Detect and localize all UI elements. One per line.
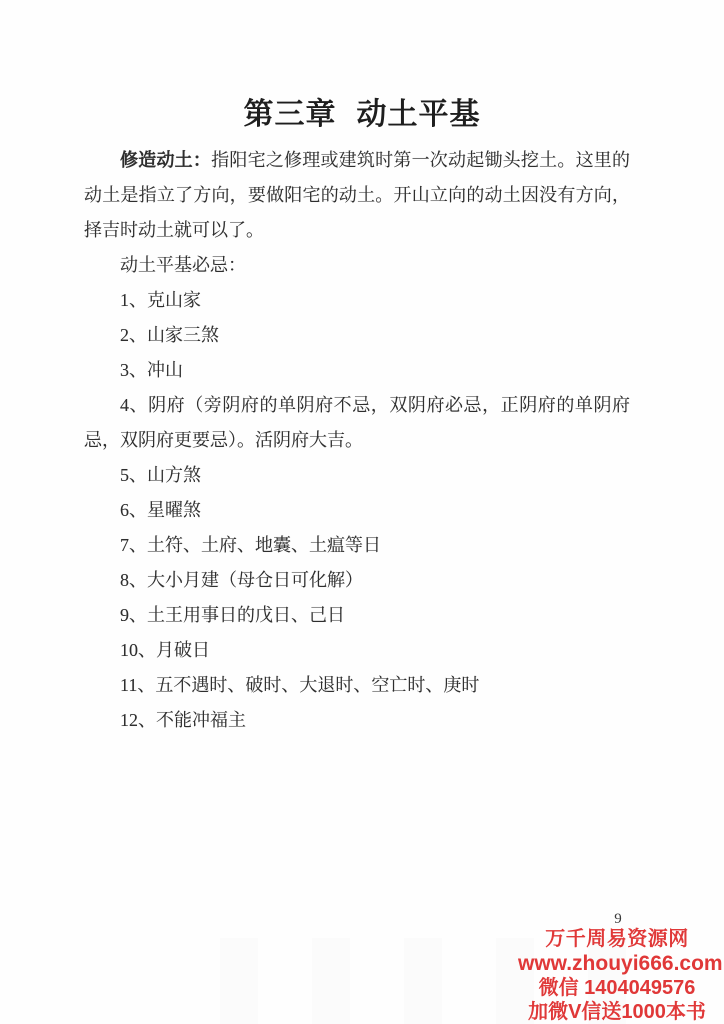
text-run: 4、阴府（旁阴府的单阴府不忌，双阴府必忌，正阴府的单阴府 [120,395,630,415]
text-line: 1、克山家 [84,283,630,318]
chapter-title: 第三章动土平基 [0,96,724,134]
text-line: 动土平基必忌： [84,248,630,283]
text-line: 修造动土：指阳宅之修理或建筑时第一次动起锄头挖土。这里的 [84,143,630,178]
text-line: 10、月破日 [84,633,630,668]
text-run: 9、土王用事日的戊日、己日 [120,605,345,625]
text-run: 1、克山家 [120,290,201,310]
text-run: 动土平基必忌： [120,255,246,275]
text-run: 11、五不遇时、破时、大退时、空亡时、庚时 [120,675,479,695]
document-page: 第三章动土平基 修造动土：指阳宅之修理或建筑时第一次动起锄头挖土。这里的动土是指… [0,0,724,1024]
text-run: 择吉时动土就可以了。 [84,220,264,240]
chapter-number: 第三章 [244,98,337,131]
body-text: 修造动土：指阳宅之修理或建筑时第一次动起锄头挖土。这里的动土是指立了方向，要做阳… [84,143,630,738]
text-line: 11、五不遇时、破时、大退时、空亡时、庚时 [84,668,630,703]
text-line: 3、冲山 [84,353,630,388]
text-run: 8、大小月建（母仓日可化解） [120,570,363,590]
text-line: 7、土符、土府、地囊、土瘟等日 [84,528,630,563]
watermark-line: 微信 1404049576 [518,976,716,1000]
text-run: 7、土符、土府、地囊、土瘟等日 [120,535,381,555]
text-line: 12、不能冲福主 [84,703,630,738]
chapter-name: 动土平基 [357,98,481,131]
watermark-line: 万千周易资源网 [518,927,716,951]
text-line: 择吉时动土就可以了。 [84,213,630,248]
text-line: 5、山方煞 [84,458,630,493]
text-run: 10、月破日 [120,640,210,660]
text-run: 2、山家三煞 [120,325,219,345]
text-line: 9、土王用事日的戊日、己日 [84,598,630,633]
text-run: 指阳宅之修理或建筑时第一次动起锄头挖土。这里的 [211,150,630,170]
watermark-line: www.zhouyi666.com [518,951,716,976]
text-line: 动土是指立了方向，要做阳宅的动土。开山立向的动土因没有方向， [84,178,630,213]
watermark-line: 加微V信送1000本书 [518,1000,716,1024]
text-run: 12、不能冲福主 [120,710,246,730]
text-line: 忌，双阴府更要忌）。活阴府大吉。 [84,423,630,458]
text-line: 6、星曜煞 [84,493,630,528]
text-line: 8、大小月建（母仓日可化解） [84,563,630,598]
text-line: 4、阴府（旁阴府的单阴府不忌，双阴府必忌，正阴府的单阴府 [84,388,630,423]
text-run: 3、冲山 [120,360,183,380]
watermark: 万千周易资源网www.zhouyi666.com微信 1404049576加微V… [518,927,716,1024]
text-line: 2、山家三煞 [84,318,630,353]
text-run: 忌，双阴府更要忌）。活阴府大吉。 [84,430,363,450]
text-run-bold: 修造动土： [120,150,211,170]
page-number: 9 [606,910,630,928]
text-run: 5、山方煞 [120,465,201,485]
text-run: 动土是指立了方向，要做阳宅的动土。开山立向的动土因没有方向， [84,185,630,205]
text-run: 6、星曜煞 [120,500,201,520]
